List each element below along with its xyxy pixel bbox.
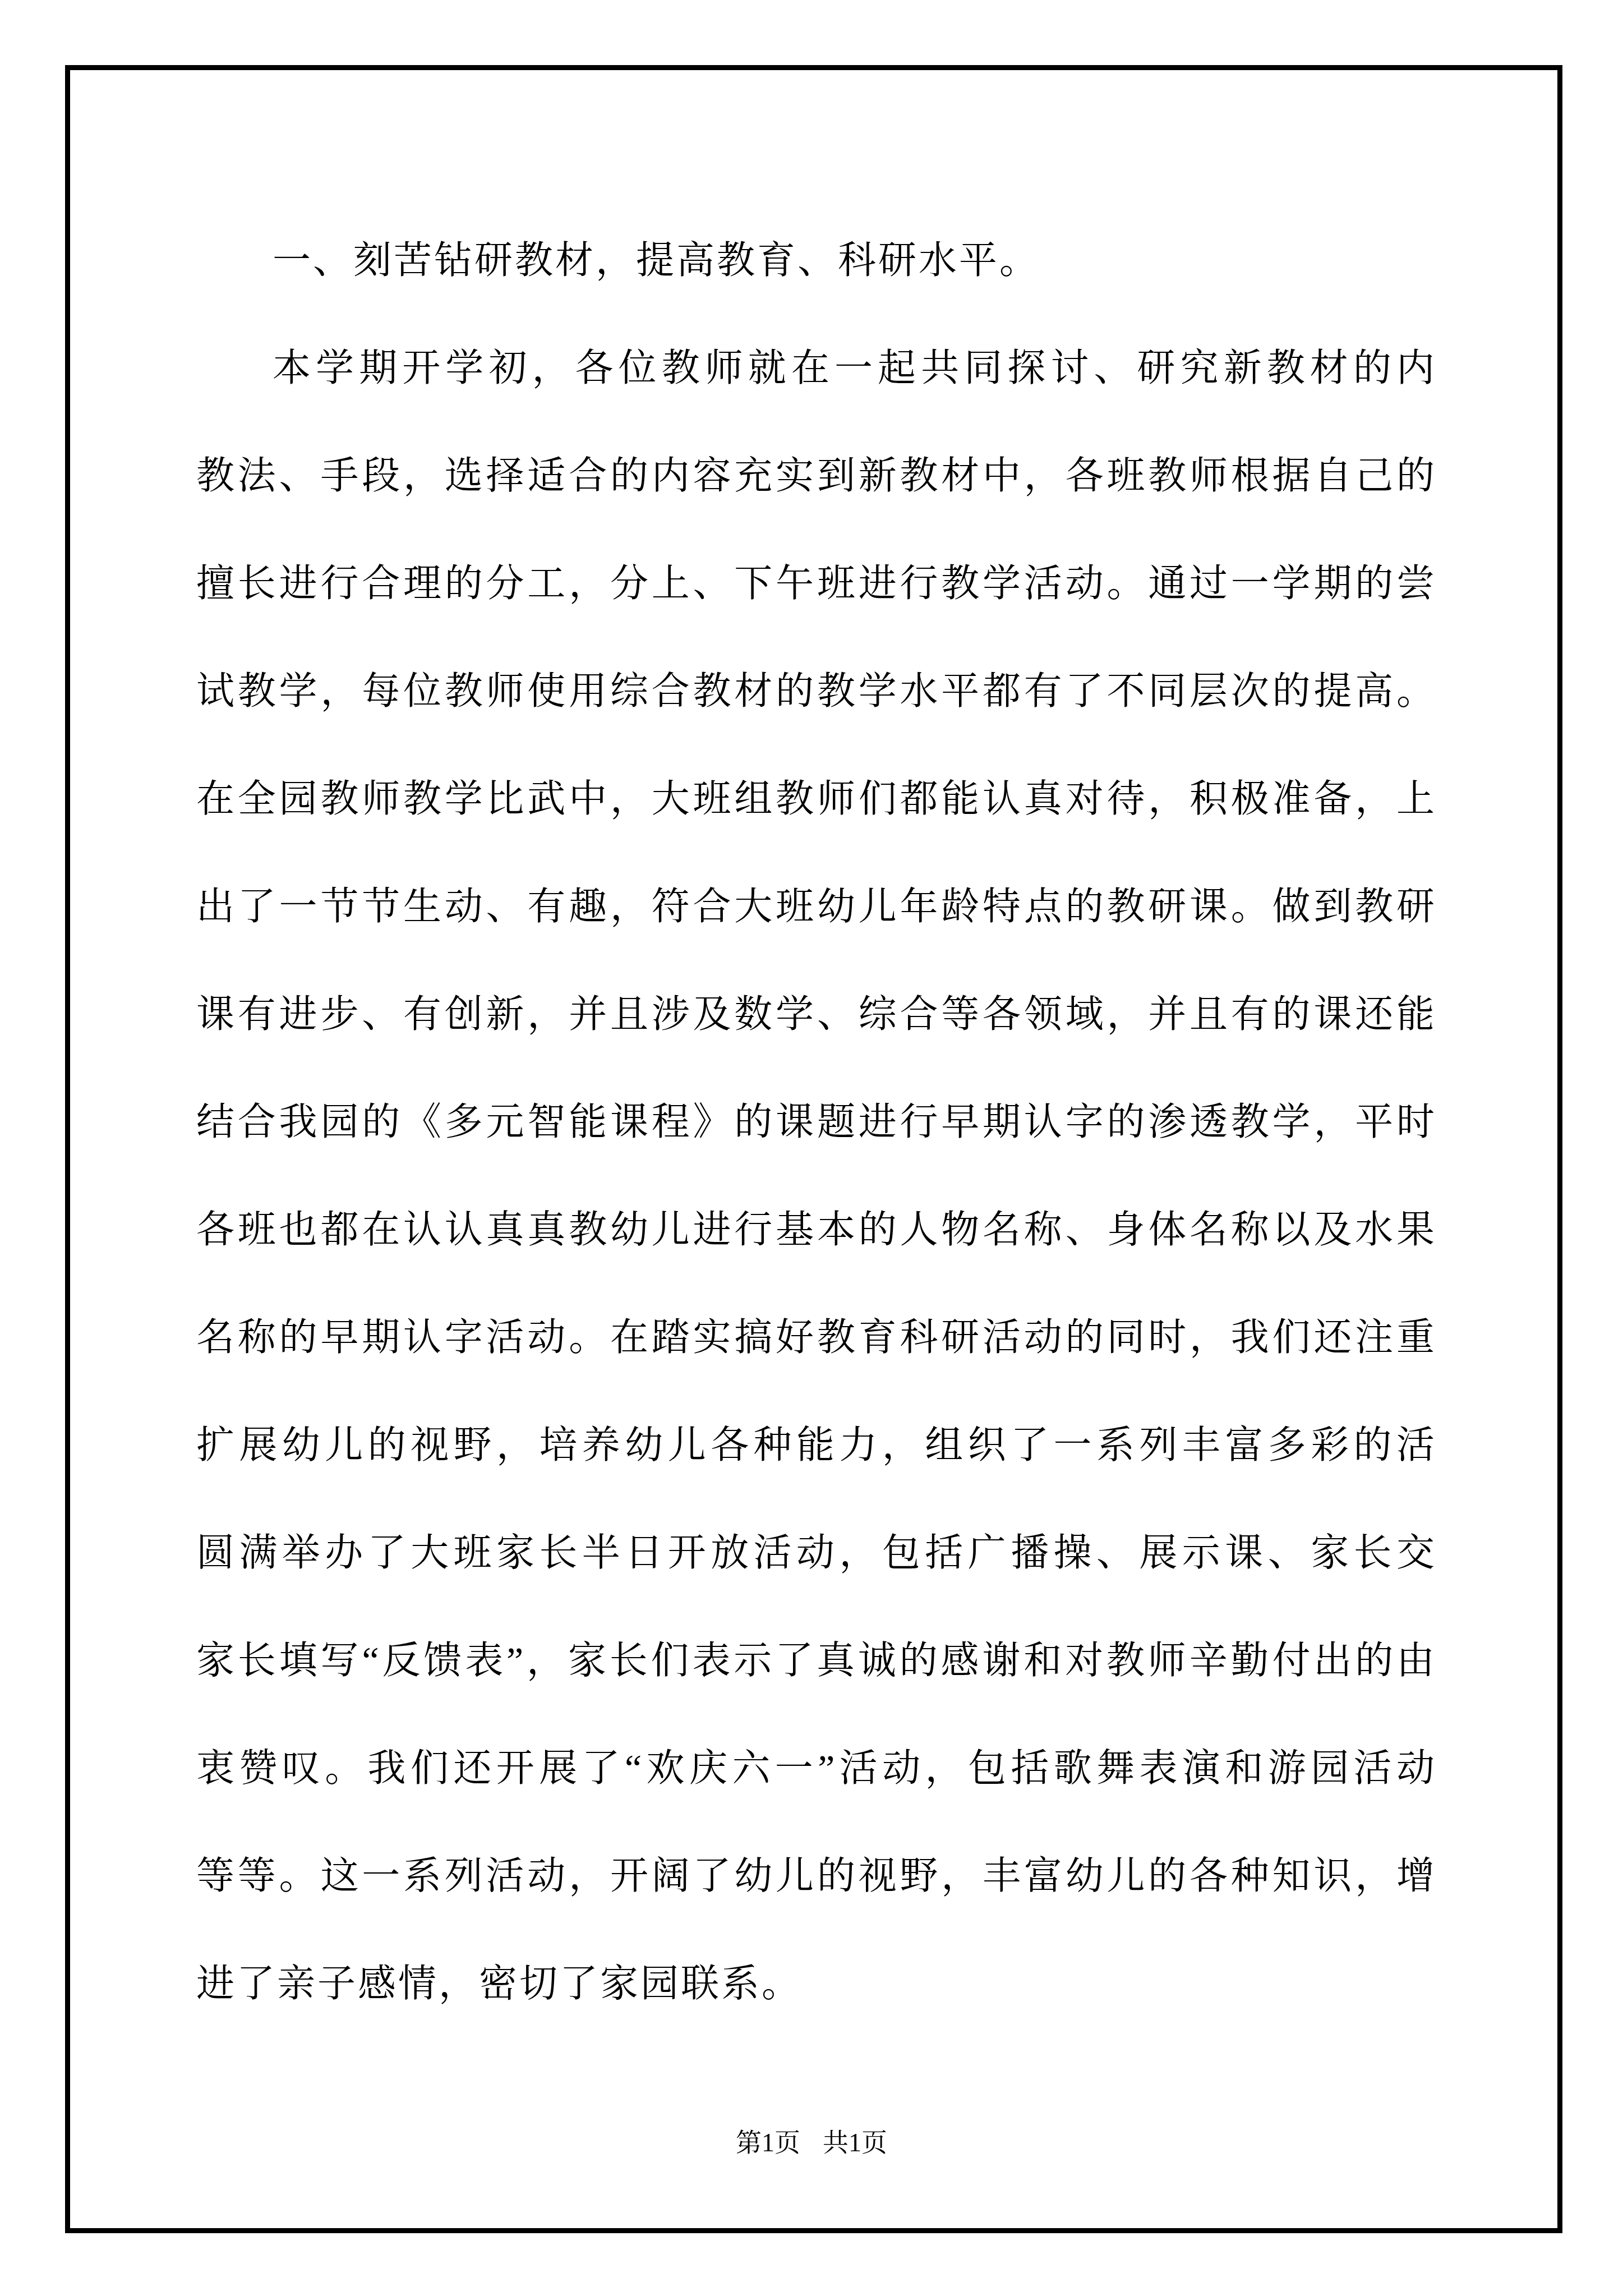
text-line: 等等。这一系列活动，开阔了幼儿的视野，丰富幼儿的各种知识，增 [196, 1822, 1437, 1930]
text-line: 本学期开学初，各位教师就在一起共同探讨、研究新教材的内容、 [196, 314, 1437, 422]
page-footer: 第1页 共1页 [0, 2126, 1623, 2160]
text-line: 课有进步、有创新，并且涉及数学、综合等各领域，并且有的课还能 [196, 960, 1437, 1068]
text-line-heading: 一、刻苦钻研教材，提高教育、科研水平。 [196, 206, 1437, 314]
text-line: 衷赞叹。我们还开展了“欢庆六一”活动，包括歌舞表演和游园活动 [196, 1714, 1437, 1822]
text-line-last: 进了亲子感情，密切了家园联系。 [196, 1930, 1437, 2037]
text-line: 试教学，每位教师使用综合教材的教学水平都有了不同层次的提高。 [196, 637, 1437, 745]
text-line: 名称的早期认字活动。在踏实搞好教育科研活动的同时，我们还注重 [196, 1283, 1437, 1391]
page-count-total: 共1页 [823, 2126, 887, 2160]
text-line: 圆满举办了大班家长半日开放活动，包括广播操、展示课、家长交流， [196, 1499, 1437, 1607]
text-line: 各班也都在认认真真教幼儿进行基本的人物名称、身体名称以及水果 [196, 1176, 1437, 1283]
text-line: 在全园教师教学比武中，大班组教师们都能认真对待，积极准备，上 [196, 745, 1437, 853]
document-page: 一、刻苦钻研教材，提高教育、科研水平。 本学期开学初，各位教师就在一起共同探讨、… [0, 0, 1623, 2296]
text-line: 出了一节节生动、有趣，符合大班幼儿年龄特点的教研课。做到教研 [196, 853, 1437, 960]
text-line: 擅长进行合理的分工，分上、下午班进行教学活动。通过一学期的尝 [196, 530, 1437, 637]
page-number-current: 第1页 [736, 2126, 800, 2160]
text-line: 扩展幼儿的视野，培养幼儿各种能力，组织了一系列丰富多彩的活动， [196, 1391, 1437, 1499]
text-line: 教法、手段，选择适合的内容充实到新教材中，各班教师根据自己的 [196, 422, 1437, 530]
text-line: 结合我园的《多元智能课程》的课题进行早期认字的渗透教学，平时 [196, 1068, 1437, 1176]
document-body: 一、刻苦钻研教材，提高教育、科研水平。 本学期开学初，各位教师就在一起共同探讨、… [196, 206, 1437, 2037]
text-line: 家长填写“反馈表”，家长们表示了真诚的感谢和对教师辛勤付出的由 [196, 1607, 1437, 1714]
